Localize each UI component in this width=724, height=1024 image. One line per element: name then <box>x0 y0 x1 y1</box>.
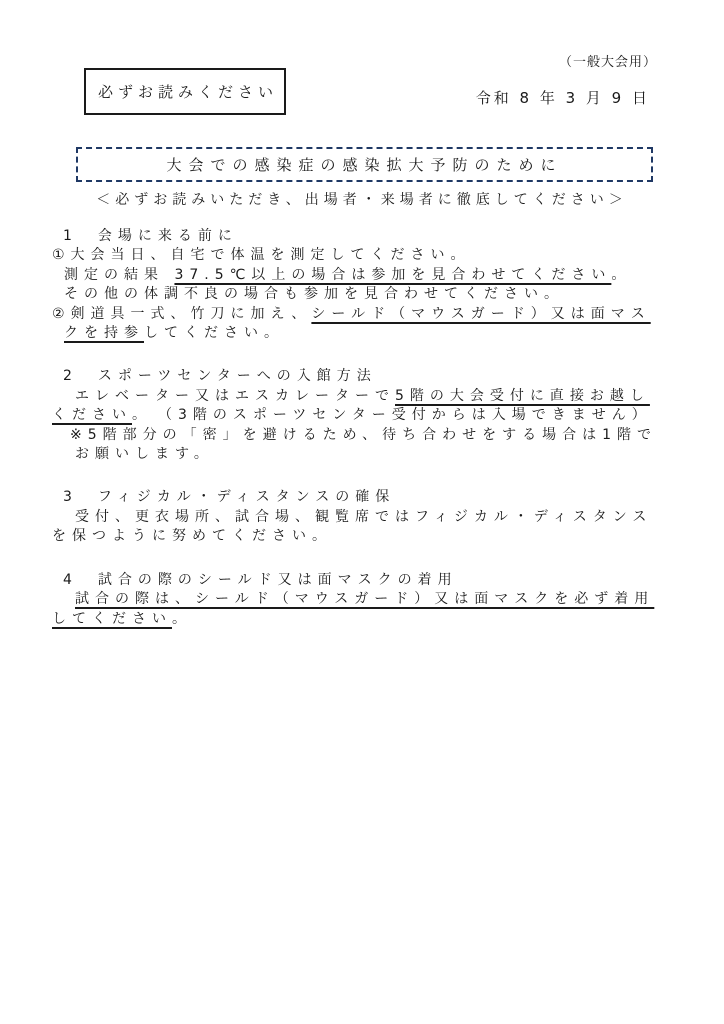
text-run: してください。 <box>144 325 284 341</box>
underlined-text: 37.5℃以上の場合は参加を見合わせてください <box>174 267 611 283</box>
underlined-text: 試合の際は、シールド（マウスガード）又は面マスクを必ず着用 <box>75 591 654 607</box>
section-heading: 4 試合の際のシールド又は面マスクの着用 <box>52 571 664 590</box>
underlined-text: ください <box>52 407 132 423</box>
text-line: してください。 <box>52 610 664 629</box>
text-line: ※5階部分の「密」を避けるため、待ち合わせをする場合は1階で <box>52 426 664 445</box>
underlined-text: 5階の大会受付に直接お越し <box>395 388 650 404</box>
text-line: ②剣道具一式、竹刀に加え、シールド（マウスガード）又は面マス <box>52 305 664 324</box>
must-read-box: 必ずお読みください <box>84 68 286 115</box>
title-box: 大会での感染症の感染拡大予防のために <box>76 147 653 182</box>
corner-note: （一般大会用） <box>559 51 657 70</box>
text-line: クを持参してください。 <box>52 324 664 343</box>
text-run: ※5階部分の「密」を避けるため、待ち合わせをする場合は1階で <box>70 427 657 443</box>
section-heading: 3 フィジカル・ディスタンスの確保 <box>52 488 664 507</box>
text-line: 受付、更衣場所、試合場、観覧席ではフィジカル・ディスタンス <box>52 508 664 527</box>
section-heading: 2 スポーツセンターへの入館方法 <box>52 367 664 386</box>
text-line: ください。 （3階のスポーツセンター受付からは入場できません） <box>52 406 664 425</box>
section: 2 スポーツセンターへの入館方法エレベーター又はエスカレーターで5階の大会受付に… <box>52 367 664 464</box>
section: 4 試合の際のシールド又は面マスクの着用試合の際は、シールド（マウスガード）又は… <box>52 571 664 629</box>
text-line: ①大会当日、自宅で体温を測定してください。 <box>52 246 664 265</box>
must-read-label: 必ずお読みください <box>98 83 278 101</box>
text-line: その他の体調不良の場合も参加を見合わせてください。 <box>52 285 664 304</box>
text-run: 測定の結果 <box>64 267 174 283</box>
section-heading: 1 会場に来る前に <box>52 227 664 246</box>
underlined-text: シールド（マウスガード）又は面マス <box>311 306 650 322</box>
underlined-text: してください <box>52 611 172 627</box>
document-subtitle: ＜必ずお読みいただき、出場者・来場者に徹底してください＞ <box>0 189 724 209</box>
document-title: 大会での感染症の感染拡大予防のために <box>166 154 562 175</box>
text-line: 試合の際は、シールド（マウスガード）又は面マスクを必ず着用 <box>52 590 664 609</box>
text-run: 。 <box>132 407 145 423</box>
text-run: エレベーター又はエスカレーターで <box>75 388 395 404</box>
text-run: その他の体調不良の場合も参加を見合わせてください。 <box>64 286 564 302</box>
text-line: を保つように努めてください。 <box>52 527 664 546</box>
text-run: （3階のスポーツセンター受付からは入場できません） <box>145 407 652 423</box>
section: 3 フィジカル・ディスタンスの確保受付、更衣場所、試合場、観覧席ではフィジカル・… <box>52 488 664 546</box>
sections-container: 1 会場に来る前に①大会当日、自宅で体温を測定してください。測定の結果 37.5… <box>52 227 664 629</box>
text-line: お願いします。 <box>52 445 664 464</box>
document-page: （一般大会用） 必ずお読みください 令和 8 年 3 月 9 日 大会での感染症… <box>0 0 724 1024</box>
text-run: を保つように努めてください。 <box>52 528 332 544</box>
document-date: 令和 8 年 3 月 9 日 <box>476 87 650 108</box>
text-run: ①大会当日、自宅で体温を測定してください。 <box>52 247 471 263</box>
text-run: お願いします。 <box>75 446 214 462</box>
section: 1 会場に来る前に①大会当日、自宅で体温を測定してください。測定の結果 37.5… <box>52 227 664 343</box>
text-run: 。 <box>611 267 631 283</box>
text-run: ②剣道具一式、竹刀に加え、 <box>52 306 311 322</box>
text-line: 測定の結果 37.5℃以上の場合は参加を見合わせてください。 <box>52 266 664 285</box>
text-run: 受付、更衣場所、試合場、観覧席ではフィジカル・ディスタンス <box>75 509 652 525</box>
text-line: エレベーター又はエスカレーターで5階の大会受付に直接お越し <box>52 387 664 406</box>
text-run: 。 <box>172 611 192 627</box>
underlined-text: クを持参 <box>64 325 144 341</box>
